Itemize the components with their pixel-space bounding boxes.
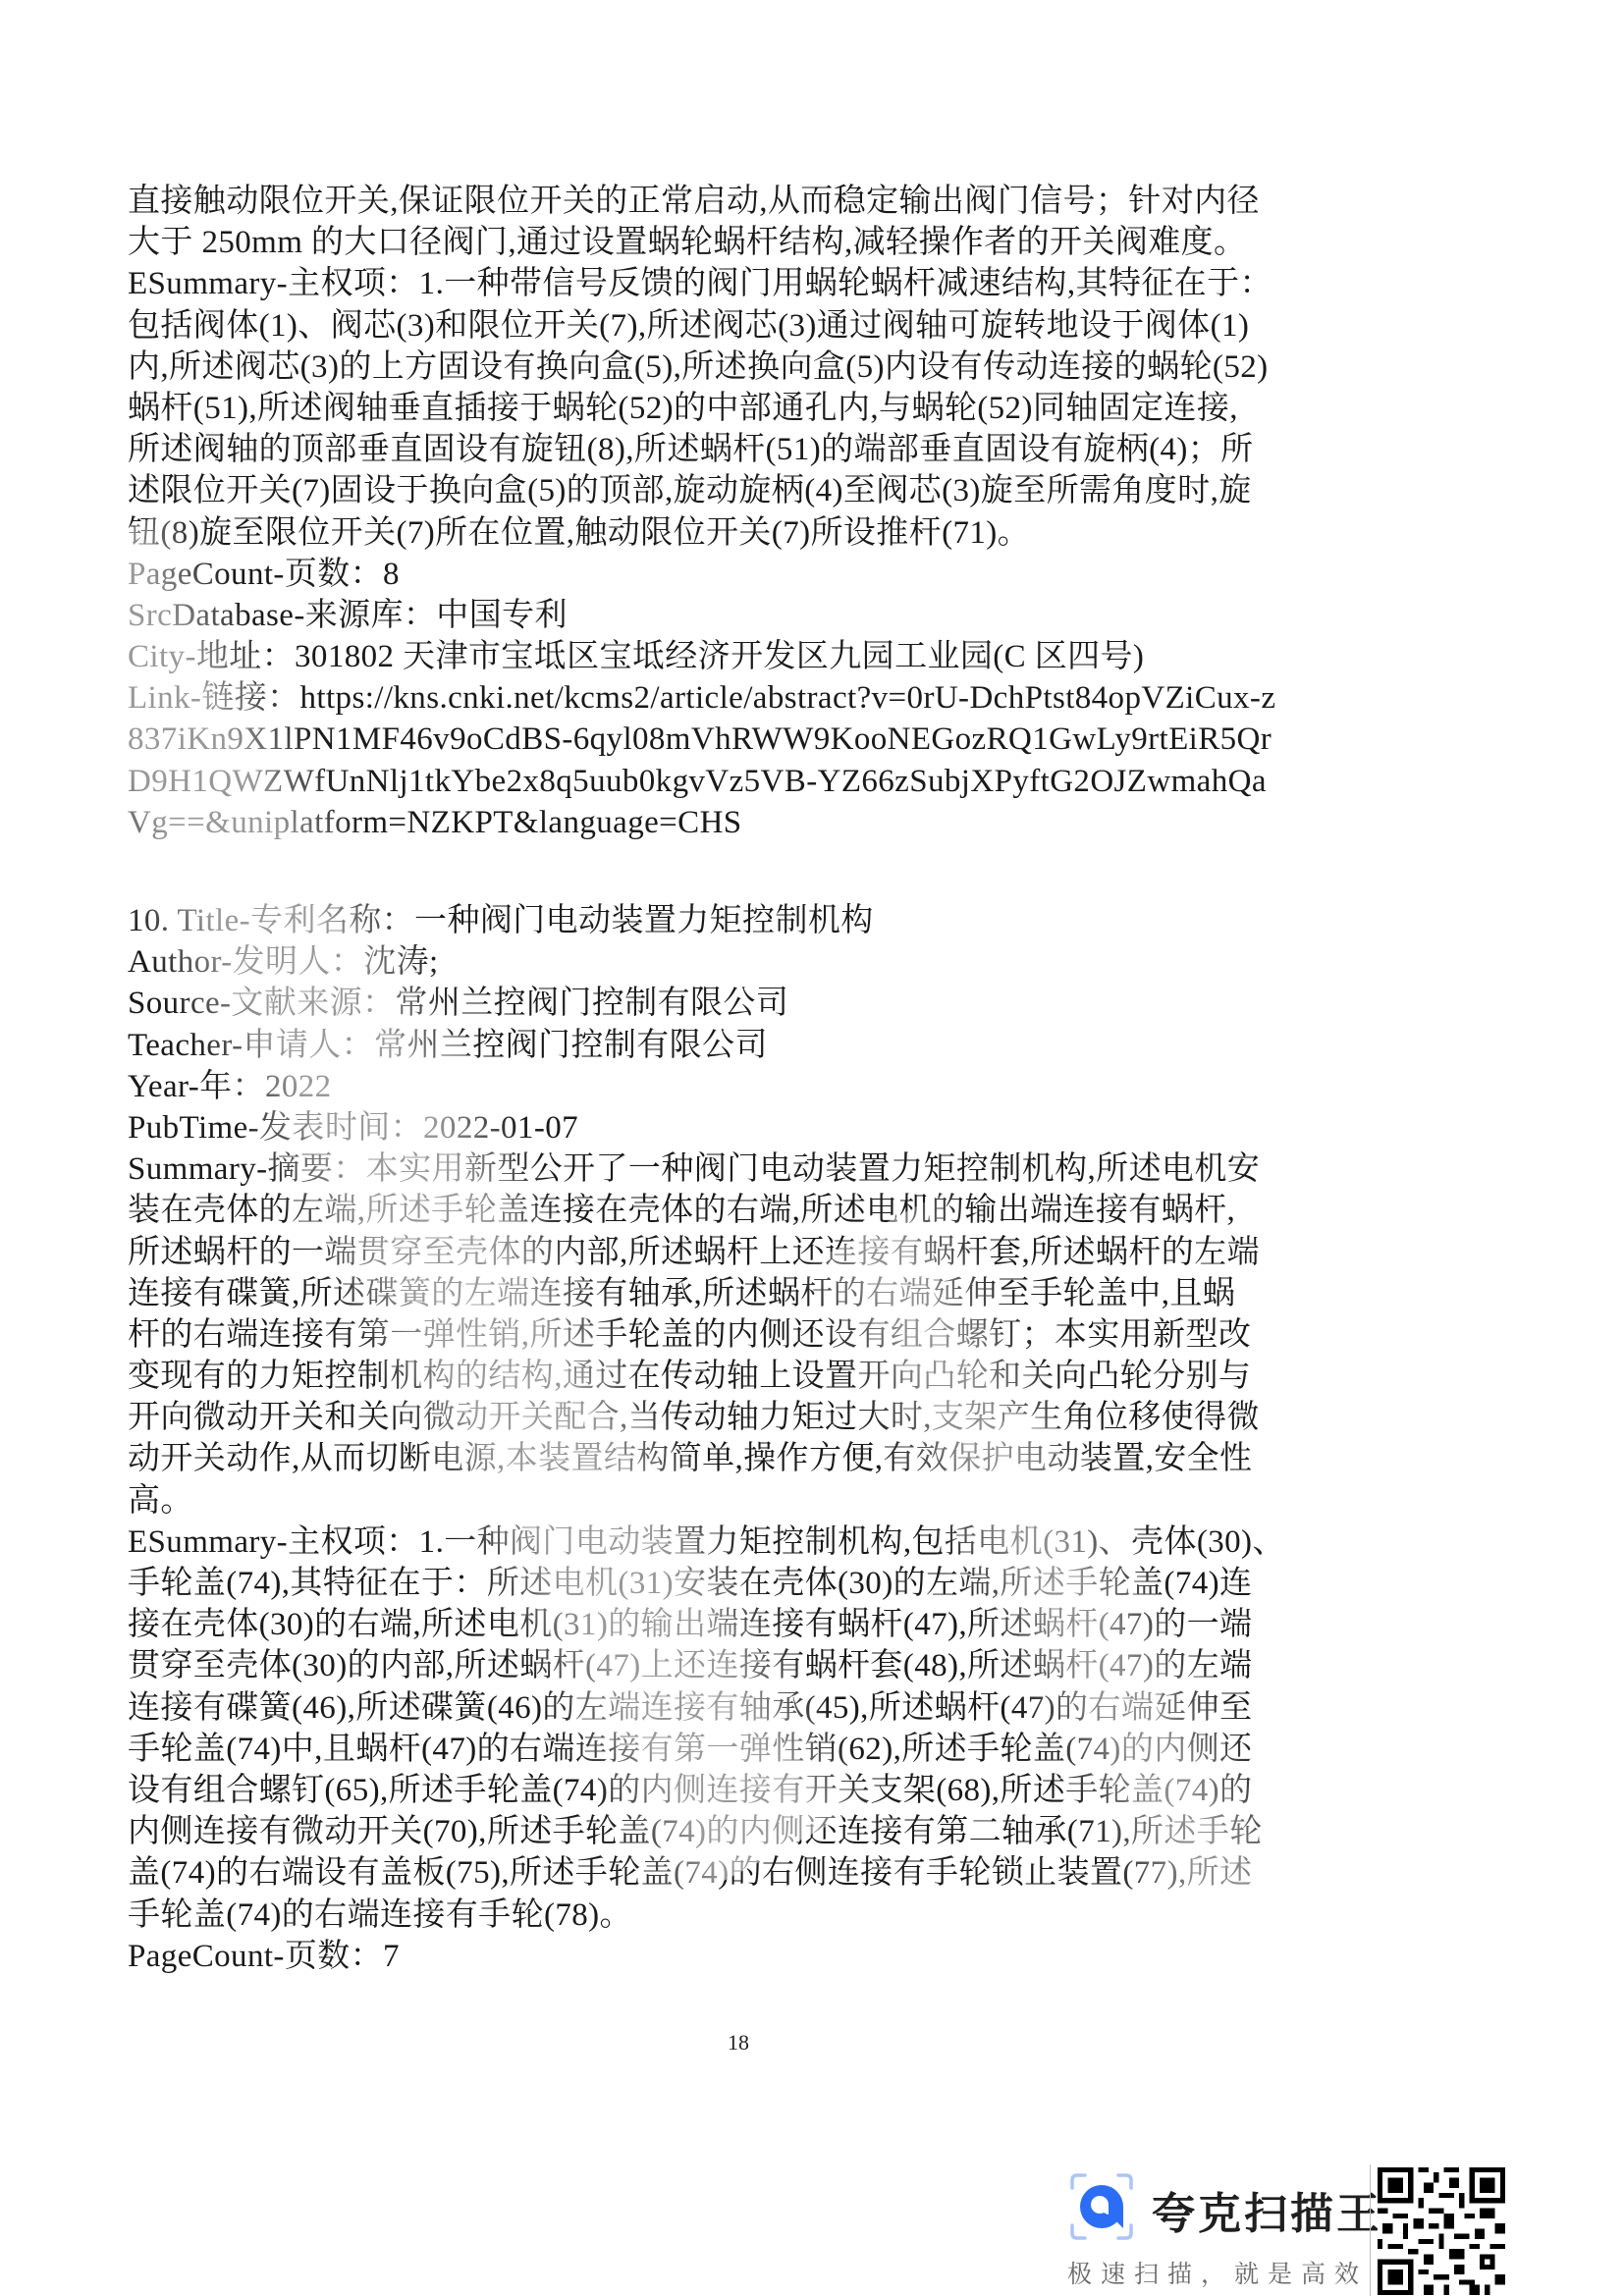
paragraph-gap — [128, 843, 1335, 900]
quark-logo-icon — [1069, 2172, 1134, 2241]
summary-line: 变现有的力矩控制机构的结构,通过在传动轴上设置开向凸轮和关向凸轮分别与 — [128, 1356, 1335, 1397]
esummary-line: ESummary-主权项：1.一种阀门电动装置力矩控制机构,包括电机(31)、壳… — [128, 1522, 1335, 1563]
esummary-line: 内,所述阀芯(3)的上方固设有换向盒(5),所述换向盒(5)内设有传动连接的蜗轮… — [128, 347, 1335, 388]
link-url[interactable]: Vg==&uniplatform=NZKPT&language=CHS — [128, 802, 1335, 843]
esummary-line: 内侧连接有微动开关(70),所述手轮盖(74)的内侧还连接有第二轴承(71),所… — [128, 1811, 1335, 1852]
record-pubtime: PubTime-发表时间：2022-01-07 — [128, 1107, 1335, 1148]
esummary-line: 盖(74)的右端设有盖板(75),所述手轮盖(74)的右侧连接有手轮锁止装置(7… — [128, 1852, 1335, 1894]
summary-line: 杆的右端连接有第一弹性销,所述手轮盖的内侧还设有组合螺钉；本实用新型改 — [128, 1314, 1335, 1356]
esummary-line: 述限位开关(7)固设于换向盒(5)的顶部,旋动旋柄(4)至阀芯(3)旋至所需角度… — [128, 470, 1335, 511]
summary-line: Summary-摘要：本实用新型公开了一种阀门电动装置力矩控制机构,所述电机安 — [128, 1148, 1335, 1190]
link-url[interactable]: Link-链接：https://kns.cnki.net/kcms2/artic… — [128, 677, 1335, 719]
esummary-line: 蜗杆(51),所述阀轴垂直插接于蜗轮(52)的中部通孔内,与蜗轮(52)同轴固定… — [128, 388, 1335, 429]
city-address: City-地址：301802 天津市宝坻区宝坻经济开发区九园工业园(C 区四号) — [128, 636, 1335, 677]
summary-line: 高。 — [128, 1480, 1335, 1522]
esummary-line: 接在壳体(30)的右端,所述电机(31)的输出端连接有蜗杆(47),所述蜗杆(4… — [128, 1604, 1335, 1645]
esummary-line: 手轮盖(74)中,且蜗杆(47)的右端连接有第一弹性销(62),所述手轮盖(74… — [128, 1729, 1335, 1770]
esummary-line: 手轮盖(74)的右端连接有手轮(78)。 — [128, 1895, 1335, 1936]
summary-line: 装在壳体的左端,所述手轮盖连接在壳体的右端,所述电机的输出端连接有蜗杆, — [128, 1190, 1335, 1231]
summary-line: 连接有碟簧,所述碟簧的左端连接有轴承,所述蜗杆的右端延伸至手轮盖中,且蜗 — [128, 1273, 1335, 1314]
record-year: Year-年：2022 — [128, 1066, 1335, 1107]
esummary-line: ESummary-主权项：1.一种带信号反馈的阀门用蜗轮蜗杆减速结构,其特征在于… — [128, 263, 1335, 304]
document-body: 直接触动限位开关,保证限位开关的正常启动,从而稳定输出阀门信号；针对内径 大于 … — [128, 181, 1335, 1977]
link-url[interactable]: 837iKn9X1lPN1MF46v9oCdBS-6qyl08mVhRWW9Ko… — [128, 719, 1335, 760]
summary-tail-line: 大于 250mm 的大口径阀门,通过设置蜗轮蜗杆结构,减轻操作者的开关阀难度。 — [128, 222, 1335, 263]
esummary-line: 钮(8)旋至限位开关(7)所在位置,触动限位开关(7)所设推杆(71)。 — [128, 512, 1335, 554]
record-9-continued: 直接触动限位开关,保证限位开关的正常启动,从而稳定输出阀门信号；针对内径 大于 … — [128, 181, 1335, 843]
record-title: 10. Title-专利名称：一种阀门电动装置力矩控制机构 — [128, 900, 1335, 941]
divider — [1370, 2164, 1371, 2296]
esummary-line: 手轮盖(74),其特征在于：所述电机(31)安装在壳体(30)的左端,所述手轮盖… — [128, 1563, 1335, 1604]
record-10: 10. Title-专利名称：一种阀门电动装置力矩控制机构 Author-发明人… — [128, 900, 1335, 1977]
src-database: SrcDatabase-来源库：中国专利 — [128, 595, 1335, 636]
scanner-app-branding: 夸克扫描王 极速扫描，就是高效 — [1065, 2164, 1527, 2296]
summary-line: 动开关动作,从而切断电源,本装置结构简单,操作方便,有效保护电动装置,安全性 — [128, 1438, 1335, 1479]
page-count: PageCount-页数：7 — [128, 1936, 1335, 1977]
link-url[interactable]: D9H1QWZWfUnNlj1tkYbe2x8q5uub0kgvVz5VB-YZ… — [128, 761, 1335, 802]
summary-line: 所述蜗杆的一端贯穿至壳体的内部,所述蜗杆上还连接有蜗杆套,所述蜗杆的左端 — [128, 1232, 1335, 1273]
esummary-line: 贯穿至壳体(30)的内部,所述蜗杆(47)上还连接有蜗杆套(48),所述蜗杆(4… — [128, 1645, 1335, 1686]
brand-name: 夸克扫描王 — [1152, 2178, 1382, 2241]
brand-tagline: 极速扫描，就是高效 — [1067, 2255, 1368, 2290]
page-number: 18 — [714, 2030, 763, 2056]
esummary-line: 包括阀体(1)、阀芯(3)和限位开关(7),所述阀芯(3)通过阀轴可旋转地设于阀… — [128, 305, 1335, 347]
esummary-line: 所述阀轴的顶部垂直固设有旋钮(8),所述蜗杆(51)的端部垂直固设有旋柄(4)；… — [128, 429, 1335, 470]
esummary-line: 设有组合螺钉(65),所述手轮盖(74)的内侧连接有开关支架(68),所述手轮盖… — [128, 1770, 1335, 1811]
record-source: Source-文献来源：常州兰控阀门控制有限公司 — [128, 983, 1335, 1024]
record-applicant: Teacher-申请人：常州兰控阀门控制有限公司 — [128, 1025, 1335, 1066]
page-count: PageCount-页数：8 — [128, 554, 1335, 595]
esummary-line: 连接有碟簧(46),所述碟簧(46)的左端连接有轴承(45),所述蜗杆(47)的… — [128, 1687, 1335, 1729]
qr-code-icon[interactable] — [1378, 2166, 1505, 2296]
record-author: Author-发明人：沈涛; — [128, 941, 1335, 983]
summary-line: 开向微动开关和关向微动开关配合,当传动轴力矩过大时,支架产生角位移使得微 — [128, 1397, 1335, 1438]
summary-tail-line: 直接触动限位开关,保证限位开关的正常启动,从而稳定输出阀门信号；针对内径 — [128, 181, 1335, 222]
